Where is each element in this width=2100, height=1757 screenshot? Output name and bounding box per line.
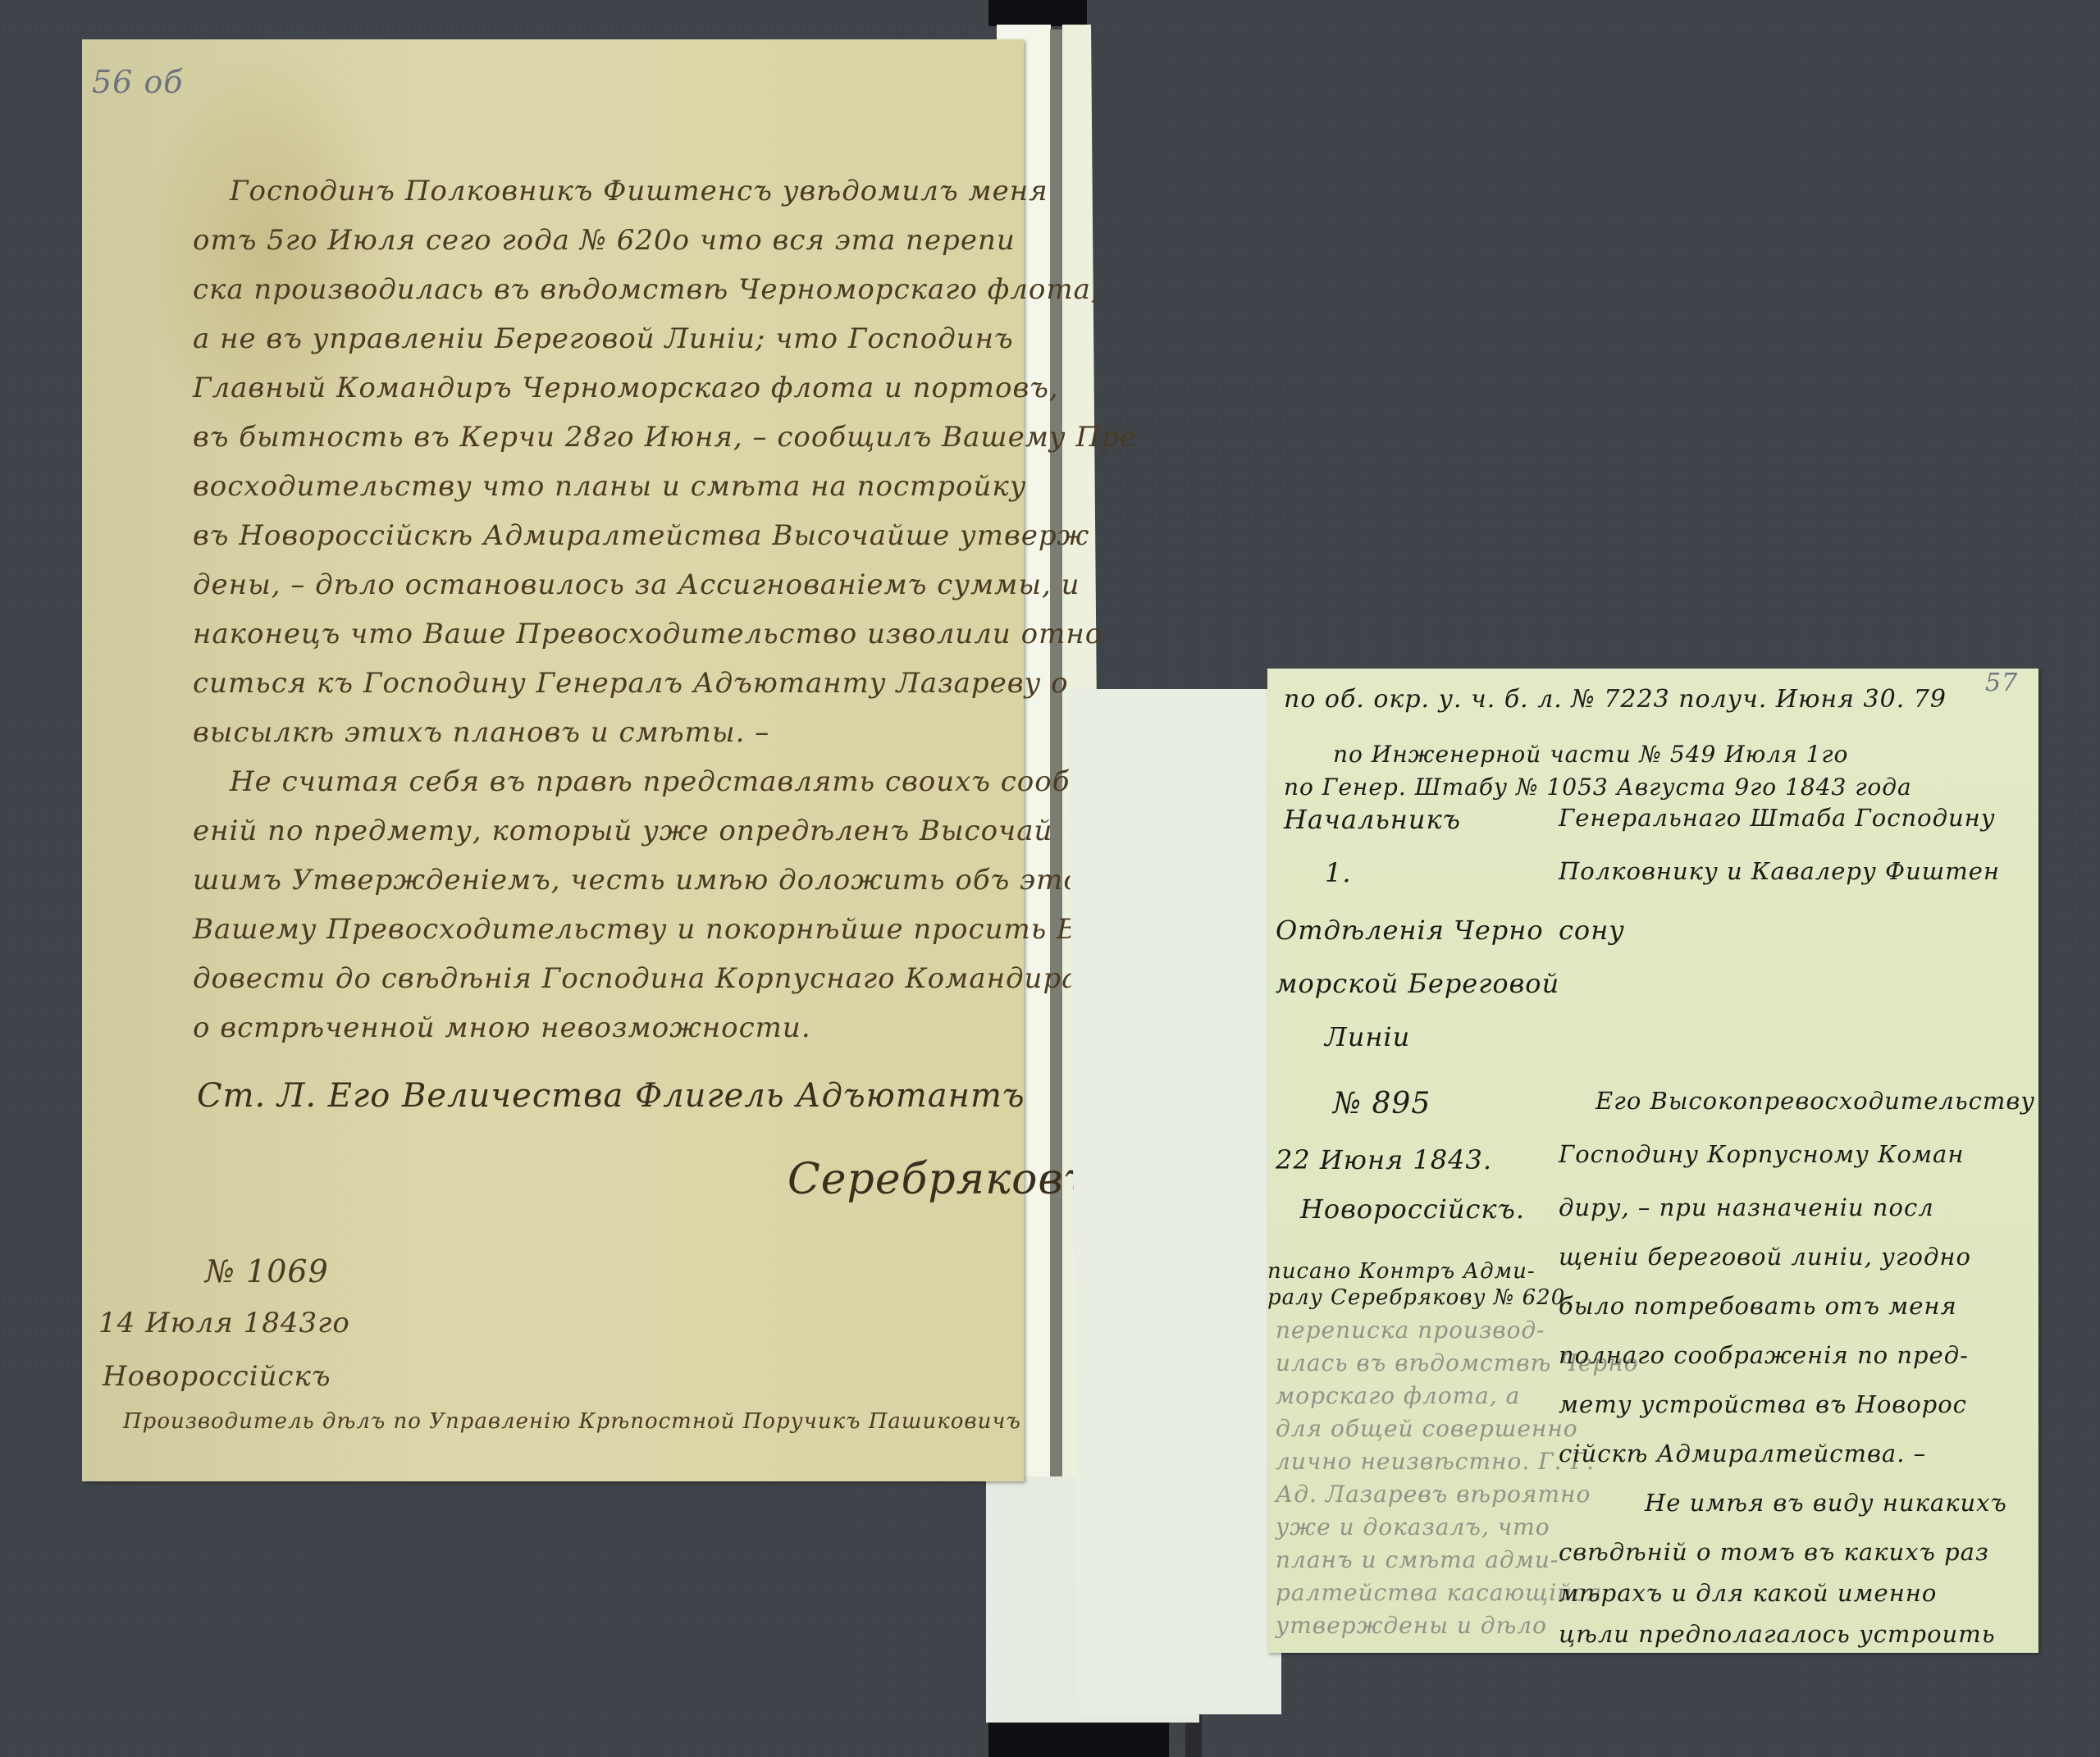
body-line: сiйскѣ Адмиралтейства. – [1559,1440,1926,1467]
pencil-note: лично неизвѣстно. Г. Г. [1276,1448,1595,1475]
body-line: восходительству что планы и смѣта на пос… [193,470,1026,503]
body-line: наконецъ что Ваше Превосходительство изв… [193,618,1102,650]
body-line: отъ 5го Июля сего года № 620о что вся эт… [193,224,1016,257]
sender-column: Линiи [1325,1021,1410,1052]
pencil-note: уже и доказалъ, что [1276,1513,1550,1540]
body-line: Не имѣя въ виду никакихъ [1645,1489,2007,1517]
sender-column: Отдѣленiя Черно [1276,915,1544,946]
sender-column: 1. [1325,857,1352,888]
body-line: Вашему Превосходительству и покорнѣйше п… [193,913,1131,946]
body-line: полнаго соображенiя по пред- [1559,1341,1969,1369]
body-line: мету устройства въ Новорос [1559,1390,1967,1418]
body-line: довести до свѣдѣнiя Господина Корпуснаго… [193,962,1079,995]
body-line: Главный Командиръ Черноморскаго флота и … [193,372,1059,404]
body-line: было потребовать отъ меня [1559,1292,1957,1320]
body-line: Его Высокопревосходительству [1596,1087,2035,1115]
signature: Серебряковъ [787,1155,1093,1204]
sender-column: Начальникъ [1284,804,1461,835]
sender-column: морской Береговой [1276,968,1559,999]
pencil-note: для общей совершенно [1276,1415,1578,1442]
margin-note: ралу Серебрякову № 620. [1267,1285,1573,1310]
addressee-line: Полковнику и Кавалеру Фиштен [1559,857,2000,885]
binding-spine-top [988,0,1087,26]
body-line: о встрѣченной мною невозможности. [193,1011,811,1044]
margin-note: писано Контръ Адми- [1267,1259,1536,1284]
blank-fold-flap [1068,689,1281,1714]
outgoing-place: Новороссiйскъ [103,1360,331,1393]
outgoing-date: 14 Июля 1843го [98,1307,350,1339]
body-line: а не въ управленiи Береговой Линiи; что … [193,322,1014,355]
body-line: высылкѣ этихъ плановъ и смѣты. – [193,716,769,749]
registry-line: по Генер. Штабу № 1053 Августа 9го 1843 … [1284,774,1912,801]
folio-number: 56 об [92,64,184,100]
pencil-note: переписка производ- [1276,1317,1545,1344]
right-manuscript-page: 57 по об. окр. у. ч. б. л. № 7223 получ.… [1267,669,2038,1653]
body-line: въ бытность въ Керчи 28го Июня, – сообщи… [193,421,1137,454]
outgoing-number: № 1069 [205,1253,329,1289]
body-line: Господину Корпусному Коман [1559,1140,1964,1168]
letter-date: 22 Июня 1843. [1276,1144,1492,1175]
clerk-footer: Производитель дѣлъ по Управленiю Крѣпост… [123,1409,1021,1434]
addressee-line: Генеральнаго Штаба Господину [1559,804,1996,832]
closing-title: Ст. Л. Его Величества Флигель Адъютантъ [197,1077,1025,1115]
body-line: Не считая себя въ правѣ представлять сво… [230,765,1139,798]
pencil-note: ралтейства касающiйся [1276,1579,1602,1606]
pencil-note: Ад. Лазаревъ вѣроятно [1276,1481,1591,1508]
body-line: въ Новороссiйскѣ Адмиралтейства Высочайш… [193,519,1089,552]
left-manuscript-page: 56 об Господинъ Полковникъ Фиштенсъ увѣд… [82,39,1024,1481]
body-line: свѣдѣнiй о томъ въ какихъ раз [1559,1538,1989,1566]
addressee-line: сону [1559,915,1625,946]
letter-number: № 895 [1333,1087,1431,1120]
pencil-note: морскаго флота, а [1276,1382,1520,1409]
letter-place: Новороссiйскъ. [1300,1193,1525,1225]
body-line: енiй по предмету, который уже опредѣленъ… [193,815,1052,847]
registry-header: по об. окр. у. ч. б. л. № 7223 получ. Ию… [1284,685,1947,714]
body-line: цѣли предполагалось устроить [1559,1620,1996,1648]
body-line: ска производилась въ вѣдомствѣ Черноморс… [193,273,1101,306]
body-line: мѣрахъ и для какой именно [1559,1579,1937,1607]
folio-number: 57 [1985,669,2018,697]
body-line: дены, – дѣло остановилось за Ассигнованi… [193,568,1080,601]
body-line: Господинъ Полковникъ Фиштенсъ увѣдомилъ … [230,175,1048,208]
pencil-note: планъ и смѣта адми- [1276,1546,1559,1573]
body-line: ситься къ Господину Генералъ Адъютанту Л… [193,667,1069,700]
body-line: шимъ Утвержденiемъ, честь имѣю доложить … [193,864,1125,897]
body-line: диру, – при назначенiи посл [1559,1193,1934,1221]
registry-line: по Инженерной части № 549 Июля 1го [1333,741,1848,768]
pencil-note: утверждены и дѣло [1276,1612,1547,1639]
body-line: щенiи береговой линiи, угодно [1559,1243,1971,1271]
